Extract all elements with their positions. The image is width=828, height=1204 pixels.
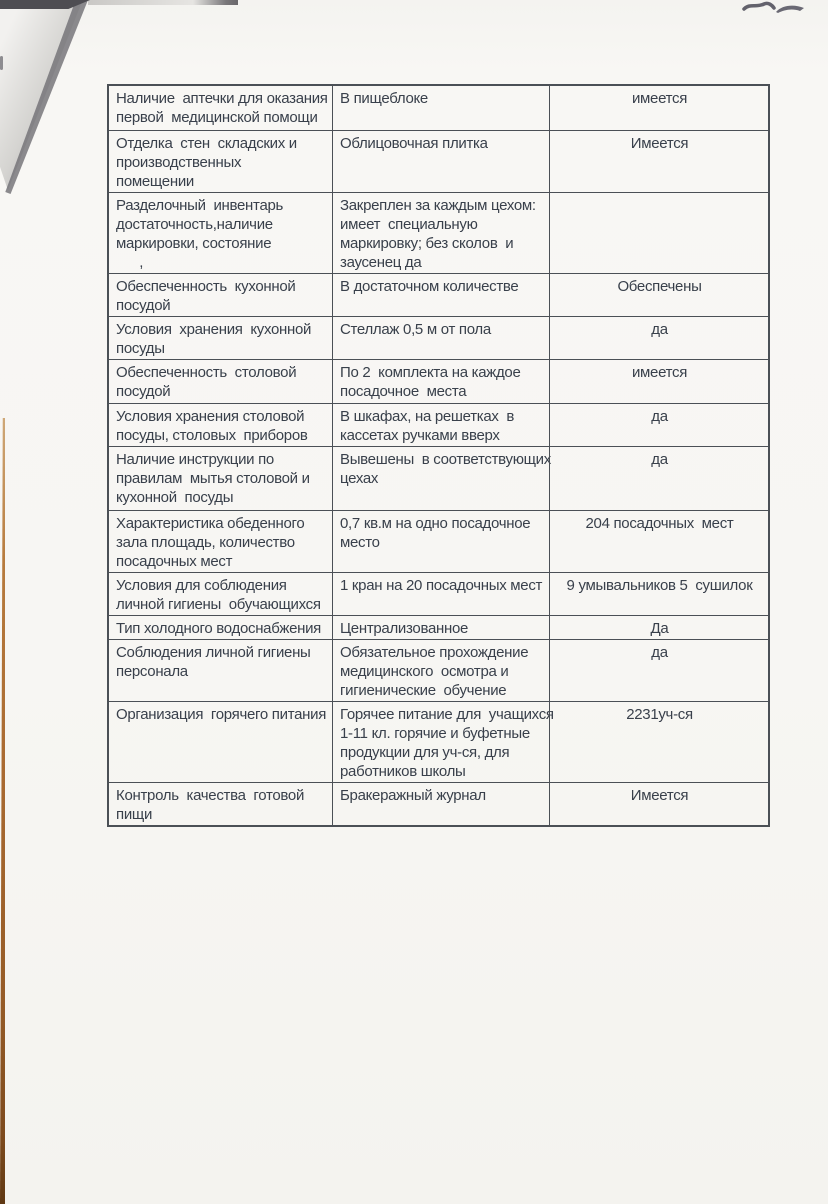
cell-description: Вывешены в соответствующих цехах xyxy=(332,447,549,510)
cell-description: Облицовочная плитка xyxy=(332,131,549,192)
table-row: Условия хранения кухонной посуды Стеллаж… xyxy=(109,317,768,360)
cell-parameter: Обеспеченность столовой посудой xyxy=(109,360,332,403)
cell-status: да xyxy=(549,404,768,446)
cell-description: 1 кран на 20 посадочных мест xyxy=(332,573,549,615)
cell-parameter: Условия хранения столовой посуды, столов… xyxy=(109,404,332,446)
cell-description: Обязательное прохождение медицинского ос… xyxy=(332,640,549,701)
cell-status xyxy=(549,193,768,273)
cell-status: да xyxy=(549,317,768,359)
cell-parameter: Тип холодного водоснабжения xyxy=(109,616,332,639)
cell-parameter: Условия для соблюдения личной гигиены об… xyxy=(109,573,332,615)
cell-parameter: Обеспеченность кухонной посудой xyxy=(109,274,332,316)
binding-edge-strip xyxy=(0,418,5,1204)
cell-description: В шкафах, на решетках в кассетах ручками… xyxy=(332,404,549,446)
table-row: Наличие инструкции по правилам мытья сто… xyxy=(109,447,768,511)
cell-parameter: Организация горячего питания xyxy=(109,702,332,782)
table-row: Наличие аптечки для оказания первой меди… xyxy=(109,86,768,131)
cell-parameter: Характеристика обеденного зала площадь, … xyxy=(109,511,332,572)
cell-status: да xyxy=(549,447,768,510)
cell-parameter: Разделочный инвентарь достаточность,нали… xyxy=(109,193,332,273)
table-row: Условия для соблюдения личной гигиены об… xyxy=(109,573,768,616)
table-row: Условия хранения столовой посуды, столов… xyxy=(109,404,768,447)
cell-status: 9 умывальников 5 сушилок xyxy=(549,573,768,615)
cell-description: 0,7 кв.м на одно посадочное место xyxy=(332,511,549,572)
cell-status: Да xyxy=(549,616,768,639)
cell-description: По 2 комплекта на каждое посадочное мест… xyxy=(332,360,549,403)
cell-status: Обеспечены xyxy=(549,274,768,316)
table-row: Характеристика обеденного зала площадь, … xyxy=(109,511,768,573)
cell-description: Горячее питание для учащихся 1-11 кл. го… xyxy=(332,702,549,782)
cell-description: Централизованное xyxy=(332,616,549,639)
cell-status: 204 посадочных мест xyxy=(549,511,768,572)
table-row: Обеспеченность кухонной посудой В достат… xyxy=(109,274,768,317)
cell-parameter: Отделка стен складских и производственны… xyxy=(109,131,332,192)
cell-description: Закреплен за каждым цехом: имеет специал… xyxy=(332,193,549,273)
cell-parameter: Наличие инструкции по правилам мытья сто… xyxy=(109,447,332,510)
edge-mark xyxy=(0,56,3,70)
table-row: Разделочный инвентарь достаточность,нали… xyxy=(109,193,768,274)
cell-parameter: Соблюдения личной гигиены персонала xyxy=(109,640,332,701)
cell-status: Имеется xyxy=(549,131,768,192)
cell-description: В пищеблоке xyxy=(332,86,549,130)
table-row: Организация горячего питания Горячее пит… xyxy=(109,702,768,783)
table-row: Отделка стен складских и производственны… xyxy=(109,131,768,193)
inspection-table: Наличие аптечки для оказания первой меди… xyxy=(107,84,770,827)
cell-description: Бракеражный журнал xyxy=(332,783,549,825)
table-row: Обеспеченность столовой посудой По 2 ком… xyxy=(109,360,768,404)
cell-parameter: Наличие аптечки для оказания первой меди… xyxy=(109,86,332,130)
table-row: Соблюдения личной гигиены персонала Обяз… xyxy=(109,640,768,702)
cell-status: имеется xyxy=(549,86,768,130)
scanned-page: Наличие аптечки для оказания первой меди… xyxy=(0,0,828,1204)
cell-status: Имеется xyxy=(549,783,768,825)
scanner-edge-smudge xyxy=(88,0,238,5)
cell-status: имеется xyxy=(549,360,768,403)
cell-status: 2231уч-ся xyxy=(549,702,768,782)
cell-parameter: Контроль качества готовой пищи xyxy=(109,783,332,825)
table-row: Контроль качества готовой пищи Бракеражн… xyxy=(109,783,768,825)
cell-parameter: Условия хранения кухонной посуды xyxy=(109,317,332,359)
page-corner-fold xyxy=(0,0,88,194)
cell-status: да xyxy=(549,640,768,701)
cell-description: В достаточном количестве xyxy=(332,274,549,316)
cell-description: Стеллаж 0,5 м от пола xyxy=(332,317,549,359)
table-row: Тип холодного водоснабжения Централизова… xyxy=(109,616,768,640)
pen-mark-icon xyxy=(742,0,808,18)
